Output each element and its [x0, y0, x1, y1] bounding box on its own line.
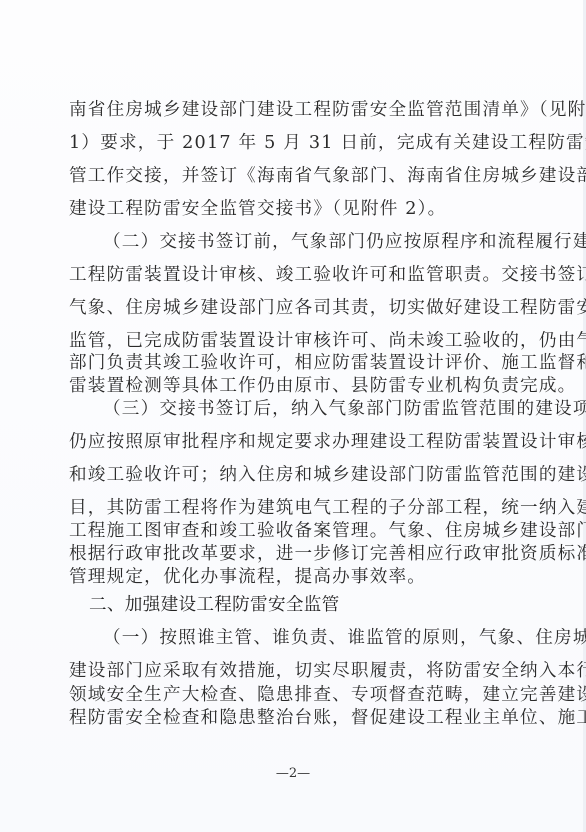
section-heading: 二、加强建设工程防雷安全监管	[89, 594, 340, 616]
text-line: 监管，已完成防雷装置设计审核许可、尚未竣工验收的，仍由气象	[69, 330, 521, 352]
text-line: 1）要求，于 2017 年 5 月 31 日前，完成有关建设工程防雷安全监	[69, 132, 521, 154]
text-line: 雷装置检测等具体工作仍由原市、县防雷专业机构负责完成。	[69, 375, 521, 397]
text-line: 领域安全生产大检查、隐患排查、专项督查范畴，建立完善建设工	[69, 684, 521, 706]
text-line: 管工作交接，并签订《海南省气象部门、海南省住房城乡建设部门	[69, 165, 521, 187]
text-line: 部门负责其竣工验收许可，相应防雷装置设计评价、施工监督和防	[69, 352, 521, 374]
page-number: —2—	[0, 766, 586, 781]
text-line: 气象、住房城乡建设部门应各司其责，切实做好建设工程防雷安全	[69, 297, 521, 319]
text-line: 根据行政审批改革要求，进一步修订完善相应行政审批资质标准和	[69, 543, 521, 565]
text-line: 工程施工图审查和竣工验收备案管理。气象、住房城乡建设部门应	[69, 520, 521, 542]
text-line: （一）按照谁主管、谁负责、谁监管的原则，气象、住房城乡	[103, 627, 521, 649]
text-line: （三）交接书签订后，纳入气象部门防雷监管范围的建设项目，	[103, 398, 521, 420]
text-line: 和竣工验收许可；纳入住房和城乡建设部门防雷监管范围的建设项	[69, 464, 521, 486]
text-line: 仍应按照原审批程序和规定要求办理建设工程防雷装置设计审核	[69, 431, 521, 453]
text-line: 工程防雷装置设计审核、竣工验收许可和监管职责。交接书签订后，	[69, 264, 521, 286]
text-line: 管理规定，优化办事流程，提高办事效率。	[69, 566, 521, 588]
text-line: 程防雷安全检查和隐患整治台账，督促建设工程业主单位、施工单	[69, 707, 521, 729]
text-line: 南省住房城乡建设部门建设工程防雷安全监管范围清单》（见附件	[69, 99, 521, 121]
text-line: （二）交接书签订前，气象部门仍应按原程序和流程履行建设	[103, 231, 521, 253]
text-line: 目，其防雷工程将作为建筑电气工程的子分部工程，统一纳入建筑	[69, 497, 521, 519]
text-line: 建设部门应采取有效措施，切实尽职履责，将防雷安全纳入本行业、	[69, 660, 521, 682]
text-line: 建设工程防雷安全监管交接书》（见附件 2）。	[69, 198, 521, 220]
document-page: 南省住房城乡建设部门建设工程防雷安全监管范围清单》（见附件1）要求，于 2017…	[0, 0, 586, 832]
